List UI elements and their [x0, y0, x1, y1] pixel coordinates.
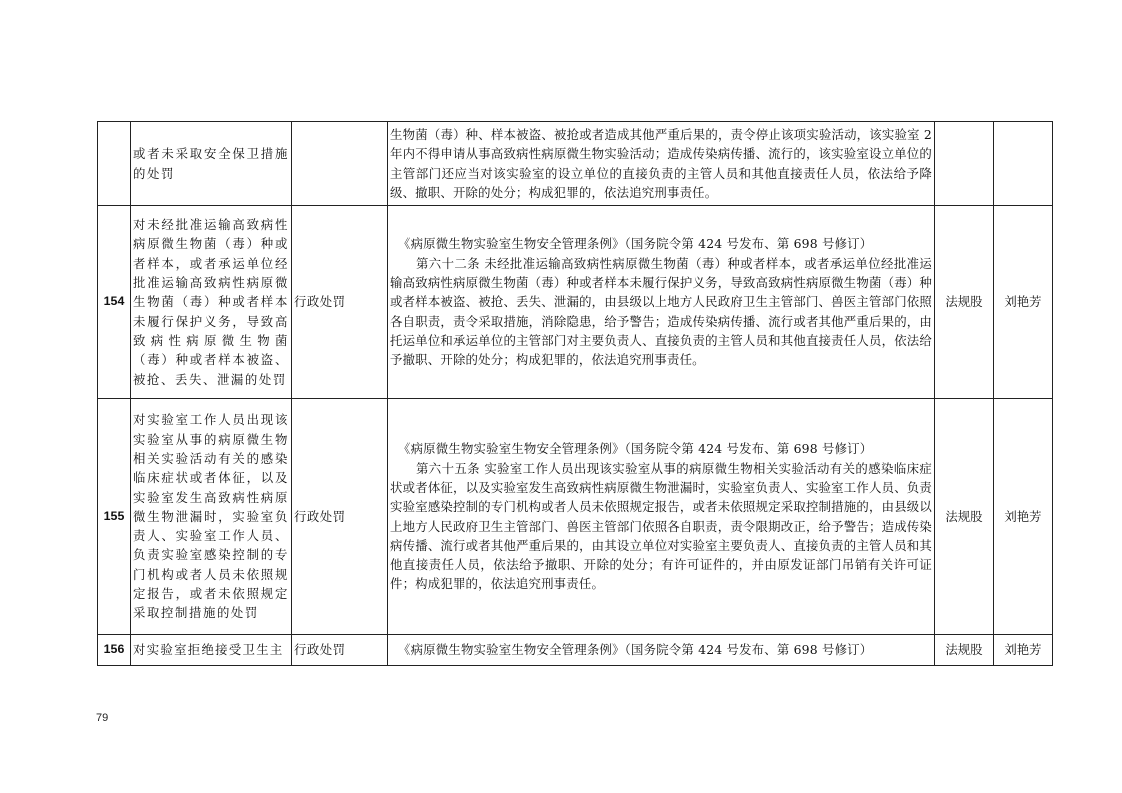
item-type: 行政处罚 [292, 399, 388, 635]
responsible-person [994, 122, 1053, 206]
item-type: 行政处罚 [292, 635, 388, 666]
item-type: 行政处罚 [292, 206, 388, 399]
row-number: 155 [98, 399, 131, 635]
page-number: 79 [96, 712, 108, 724]
legal-basis-title: 《病原微生物实验室生物安全管理条例》（国务院令第 424 号发布、第 698 号… [390, 439, 932, 458]
responsible-person: 刘艳芳 [994, 399, 1053, 635]
row-number [98, 122, 131, 206]
department: 法规股 [935, 399, 994, 635]
item-type [292, 122, 388, 206]
legal-basis-title: 《病原微生物实验室生物安全管理条例》（国务院令第 424 号发布、第 698 号… [390, 234, 932, 253]
legal-basis-body: 生物菌（毒）种、样本被盗、被抢或者造成其他严重后果的，责令停止该项实验活动，该实… [390, 125, 932, 202]
legal-basis: 《病原微生物实验室生物安全管理条例》（国务院令第 424 号发布、第 698 号… [388, 399, 935, 635]
item-name: 或者未采取安全保卫措施的处罚 [131, 122, 292, 206]
legal-basis: 生物菌（毒）种、样本被盗、被抢或者造成其他严重后果的，责令停止该项实验活动，该实… [388, 122, 935, 206]
legal-basis-body: 第六十五条 实验室工作人员出现该实验室从事的病原微生物相关实验活动有关的感染临床… [390, 459, 932, 594]
table-row: 155 对实验室工作人员出现该实验室从事的病原微生物相关实验活动有关的感染临床症… [98, 399, 1053, 635]
item-name: 对实验室工作人员出现该实验室从事的病原微生物相关实验活动有关的感染临床症状或者体… [131, 399, 292, 635]
legal-basis-title: 《病原微生物实验室生物安全管理条例》（国务院令第 424 号发布、第 698 号… [390, 640, 932, 659]
item-name: 对实验室拒绝接受卫生主 [131, 635, 292, 666]
row-number: 156 [98, 635, 131, 666]
department: 法规股 [935, 206, 994, 399]
department [935, 122, 994, 206]
item-name: 对未经批准运输高致病性病原微生物菌（毒）种或者样本，或者承运单位经批准运输高致病… [131, 206, 292, 399]
responsible-person: 刘艳芳 [994, 206, 1053, 399]
table-row: 154 对未经批准运输高致病性病原微生物菌（毒）种或者样本，或者承运单位经批准运… [98, 206, 1053, 399]
table-row: 或者未采取安全保卫措施的处罚 生物菌（毒）种、样本被盗、被抢或者造成其他严重后果… [98, 122, 1053, 206]
legal-basis: 《病原微生物实验室生物安全管理条例》（国务院令第 424 号发布、第 698 号… [388, 635, 935, 666]
row-number: 154 [98, 206, 131, 399]
legal-basis: 《病原微生物实验室生物安全管理条例》（国务院令第 424 号发布、第 698 号… [388, 206, 935, 399]
department: 法规股 [935, 635, 994, 666]
responsible-person: 刘艳芳 [994, 635, 1053, 666]
table-row: 156 对实验室拒绝接受卫生主 行政处罚 《病原微生物实验室生物安全管理条例》（… [98, 635, 1053, 666]
penalty-table: 或者未采取安全保卫措施的处罚 生物菌（毒）种、样本被盗、被抢或者造成其他严重后果… [97, 121, 1053, 666]
legal-basis-body: 第六十二条 未经批准运输高致病性病原微生物菌（毒）种或者样本，或者承运单位经批准… [390, 254, 932, 370]
